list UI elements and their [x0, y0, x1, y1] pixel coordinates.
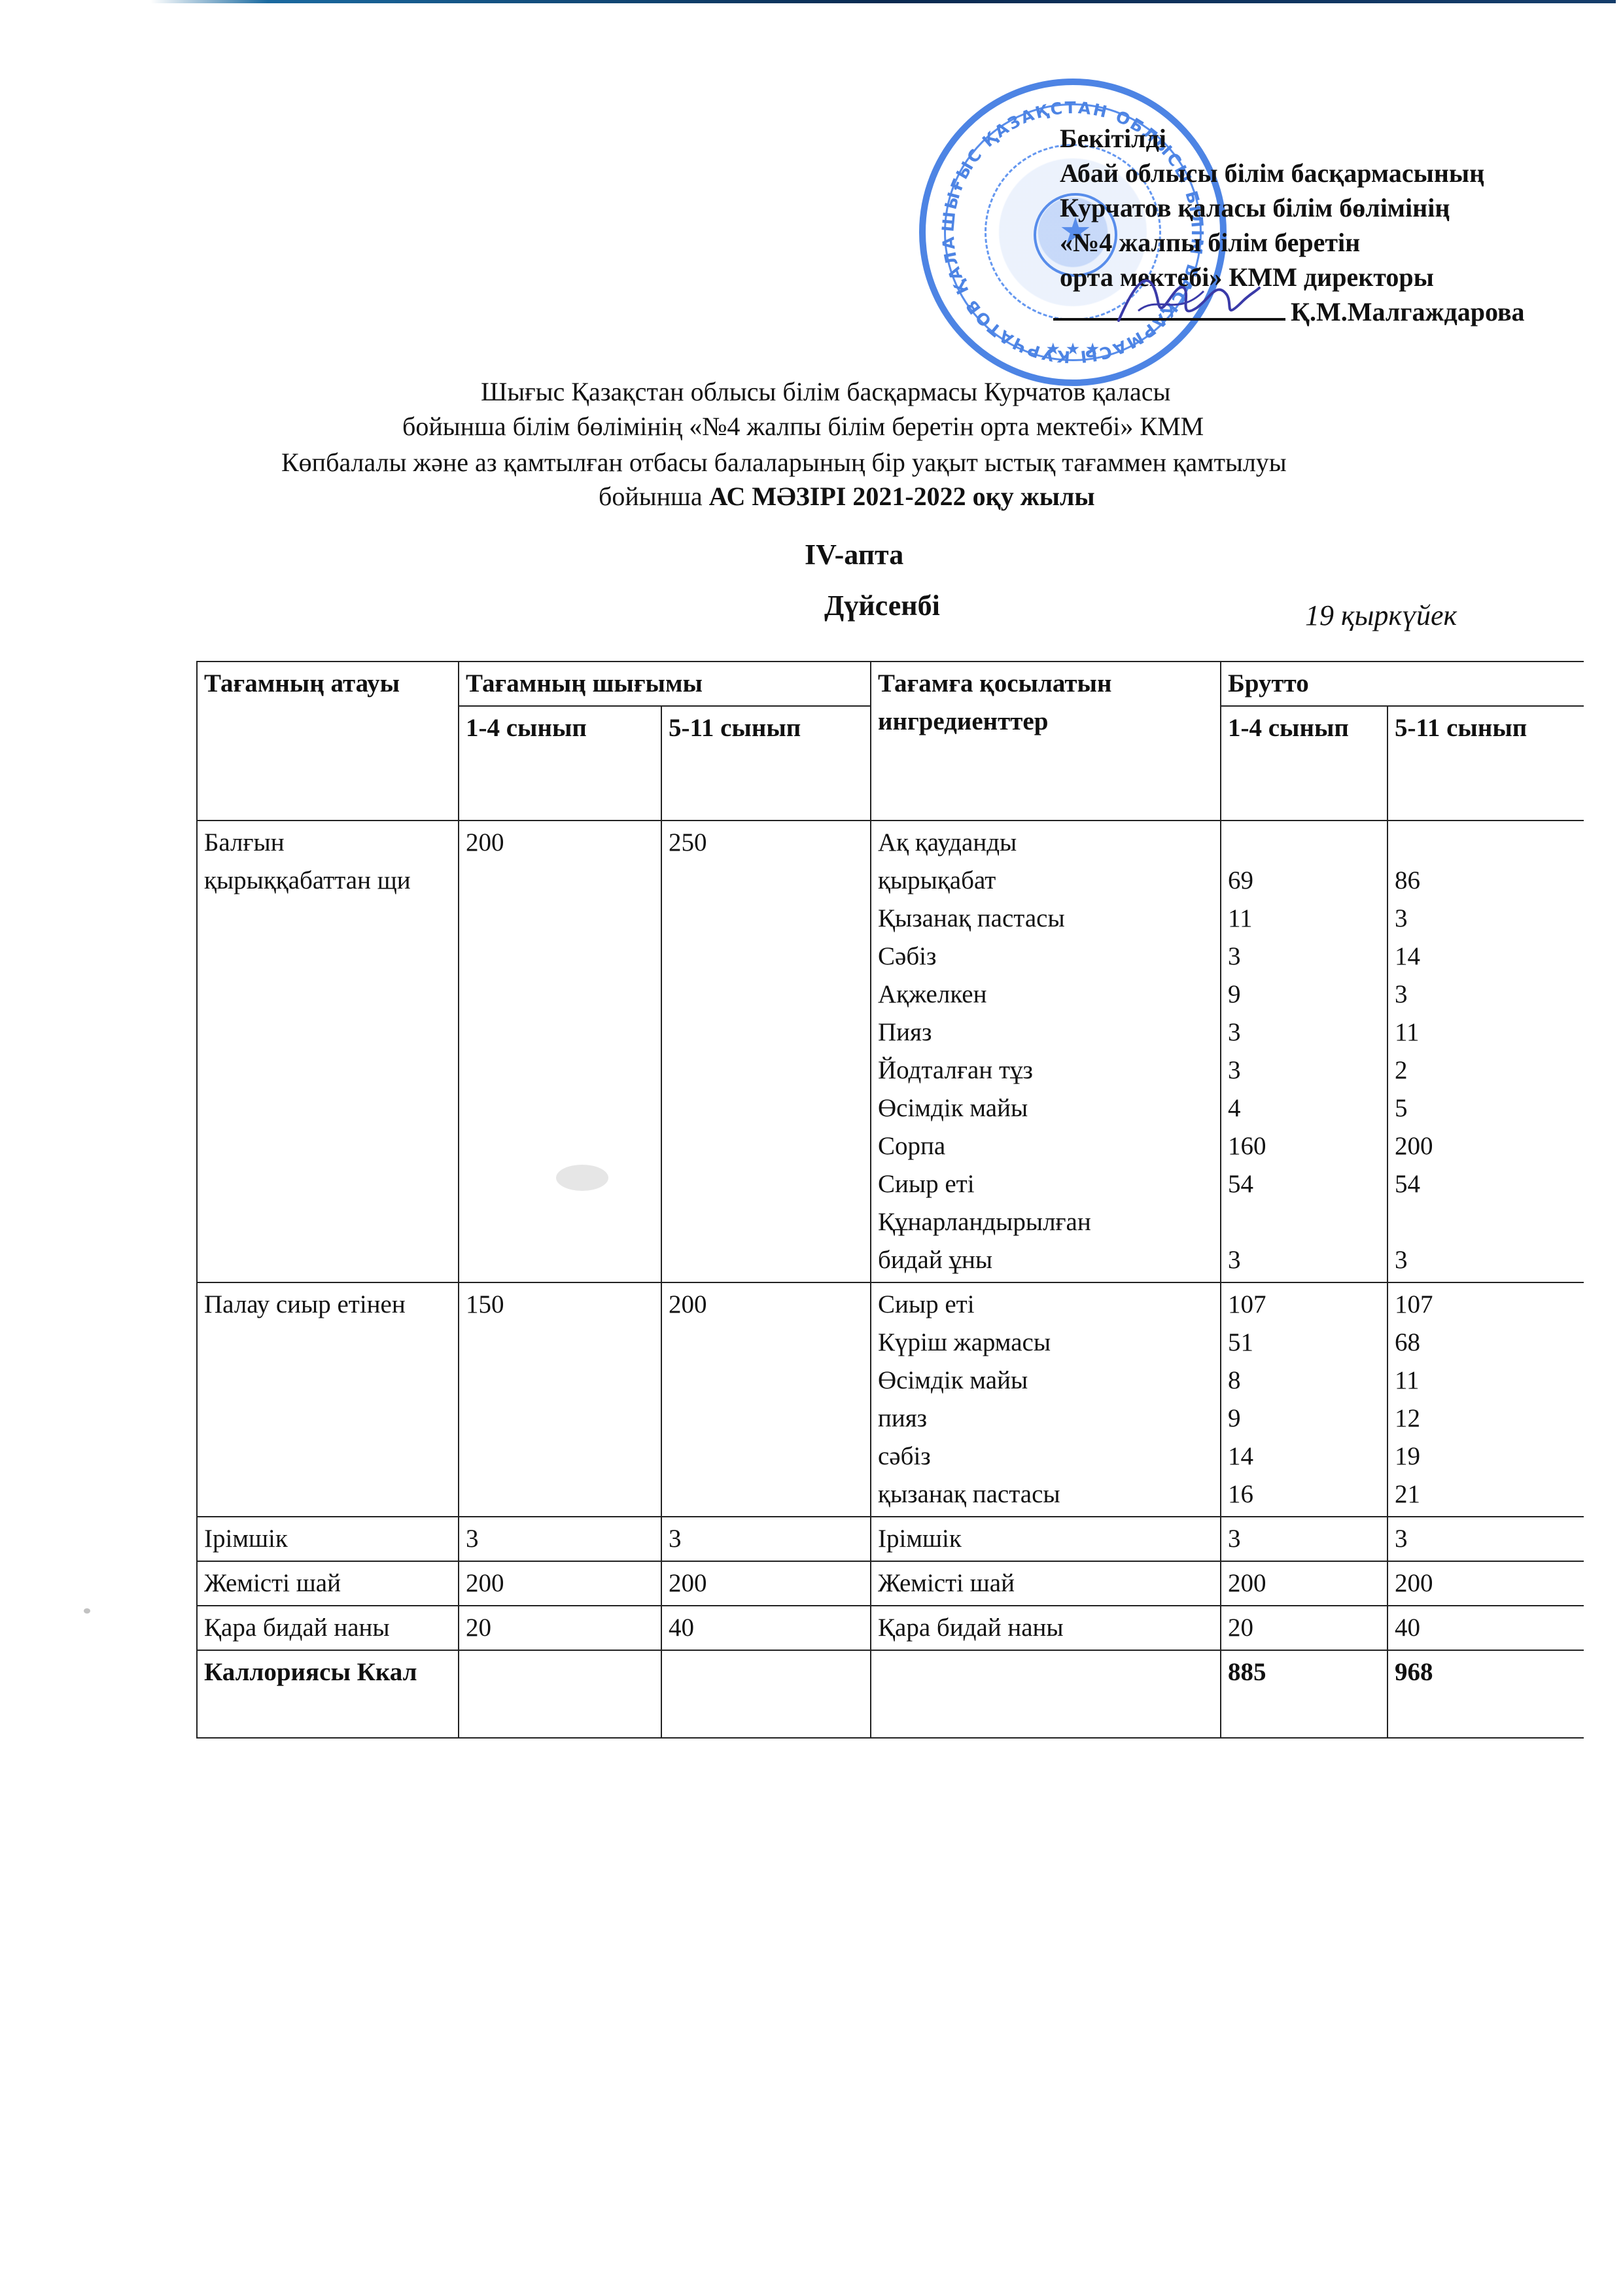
date-label: 19 қыркүйек — [1305, 599, 1457, 632]
header-line-2: бойынша білім бөлімінің «№4 жалпы білім … — [402, 411, 1204, 442]
yield-1-4-cell: 150 — [459, 1282, 661, 1517]
ingredient-brutto-1-4: 11 — [1228, 900, 1382, 938]
ingredient-brutto-1-4: 160 — [1228, 1127, 1382, 1165]
header-line-4: бойынша АС МӘЗІРІ 2021-2022 оқу жылы — [599, 481, 1095, 512]
ingredient-name: Құнарландырылған — [878, 1203, 1215, 1241]
ingredient-brutto-1-4 — [1228, 1203, 1382, 1241]
ingredient-brutto-1-4: 107 — [1228, 1286, 1382, 1324]
approval-line-2: Курчатов қаласы білім бөлімінің — [1060, 190, 1525, 225]
yield-5-11-cell: 250 — [661, 821, 871, 1282]
ingredient-brutto-1-4: 8 — [1228, 1362, 1382, 1400]
ingredient-name: Йодталған тұз — [878, 1051, 1215, 1089]
scan-smudge — [556, 1165, 608, 1191]
table-row: Жемісті шай200200Жемісті шай200200 — [197, 1561, 1584, 1606]
dish-name-cell: Ірімшік — [197, 1517, 459, 1561]
header-dish-name: Тағамның атауы — [197, 662, 459, 821]
yield-5-11-cell: 3 — [661, 1517, 871, 1561]
ingredient-brutto-1-4: 3 — [1228, 1051, 1382, 1089]
header-line-4-prefix: бойынша — [599, 482, 709, 511]
ingredient-name: Қара бидай наны — [878, 1609, 1215, 1647]
ingredient-brutto-1-4: 20 — [1228, 1609, 1382, 1647]
brutto-1-4-cell: 69113933416054 3 — [1221, 821, 1387, 1282]
brutto-5-11-cell: 3 — [1387, 1517, 1584, 1561]
signature-icon — [1112, 262, 1263, 334]
table-row: Ірімшік33Ірімшік33 — [197, 1517, 1584, 1561]
ingredient-brutto-1-4: 4 — [1228, 1089, 1382, 1127]
table-row: Палау сиыр етінен150200Сиыр етіКүріш жар… — [197, 1282, 1584, 1517]
menu-table: Тағамның атауы Тағамның шығымы Тағамға қ… — [196, 661, 1584, 1739]
brutto-1-4-cell: 200 — [1221, 1561, 1387, 1606]
ingredient-name: Өсімдік майы — [878, 1089, 1215, 1127]
brutto-5-11-cell: 863143112520054 3 — [1387, 821, 1584, 1282]
header-yield: Тағамның шығымы — [459, 662, 871, 706]
ingredient-brutto-1-4: 14 — [1228, 1438, 1382, 1475]
empty-cell — [871, 1650, 1221, 1738]
yield-5-11-cell: 200 — [661, 1282, 871, 1517]
ingredient-brutto-1-4: 69 — [1228, 862, 1382, 900]
scan-edge-artifact — [150, 0, 1616, 3]
ingredient-brutto-1-4: 3 — [1228, 938, 1382, 976]
ingredient-brutto-1-4: 51 — [1228, 1324, 1382, 1362]
brutto-1-4-cell: 10751891416 — [1221, 1282, 1387, 1517]
yield-5-11-cell: 40 — [661, 1606, 871, 1650]
scan-speck — [84, 1608, 90, 1614]
brutto-5-11-cell: 1076811121921 — [1387, 1282, 1584, 1517]
ingredient-name: Ақ қауданды — [878, 824, 1215, 862]
table-row: Қара бидай наны2040Қара бидай наны2040 — [197, 1606, 1584, 1650]
ingredient-brutto-5-11: 5 — [1395, 1089, 1579, 1127]
brutto-1-4-cell: 20 — [1221, 1606, 1387, 1650]
ingredient-brutto-5-11: 2 — [1395, 1051, 1579, 1089]
table-header-row: Тағамның атауы Тағамның шығымы Тағамға қ… — [197, 662, 1584, 706]
dish-name-cell: Қара бидай наны — [197, 1606, 459, 1650]
ingredients-cell: Жемісті шай — [871, 1561, 1221, 1606]
ingredient-brutto-1-4: 200 — [1228, 1564, 1382, 1602]
week-label: IV-апта — [805, 538, 903, 571]
ingredient-brutto-5-11: 3 — [1395, 1520, 1579, 1558]
ingredient-brutto-5-11: 11 — [1395, 1014, 1579, 1051]
brutto-5-11-cell: 40 — [1387, 1606, 1584, 1650]
total-calories-row: Каллориясы Ккал885968 — [197, 1650, 1584, 1738]
ingredient-brutto-5-11: 12 — [1395, 1400, 1579, 1438]
ingredient-name: Өсімдік майы — [878, 1362, 1215, 1400]
ingredient-brutto-5-11: 54 — [1395, 1165, 1579, 1203]
ingredient-brutto-5-11: 21 — [1395, 1475, 1579, 1513]
ingredient-brutto-1-4: 3 — [1228, 1014, 1382, 1051]
ingredients-cell: Қара бидай наны — [871, 1606, 1221, 1650]
ingredient-brutto-5-11: 40 — [1395, 1609, 1579, 1647]
yield-5-11-cell: 200 — [661, 1561, 871, 1606]
ingredient-brutto-1-4: 9 — [1228, 1400, 1382, 1438]
ingredient-brutto-5-11: 19 — [1395, 1438, 1579, 1475]
yield-1-4-cell: 200 — [459, 821, 661, 1282]
ingredient-name: қызанақ пастасы — [878, 1475, 1215, 1513]
yield-1-4-cell: 3 — [459, 1517, 661, 1561]
empty-cell — [459, 1650, 661, 1738]
ingredient-name: Ақжелкен — [878, 976, 1215, 1014]
dish-name-cell: Палау сиыр етінен — [197, 1282, 459, 1517]
dish-name-cell: Балғын қырыққабаттан щи — [197, 821, 459, 1282]
menu-body: Балғын қырыққабаттан щи200250Ақ қауданды… — [197, 821, 1584, 1738]
header-brutto: Брутто — [1221, 662, 1584, 706]
ingredient-brutto-5-11: 3 — [1395, 976, 1579, 1014]
brutto-1-4-cell: 3 — [1221, 1517, 1387, 1561]
ingredient-name: Сиыр еті — [878, 1165, 1215, 1203]
ingredients-cell: Ақ қаудандықырықабатҚызанақ пастасыСәбіз… — [871, 821, 1221, 1282]
ingredient-brutto-5-11 — [1395, 824, 1579, 862]
total-label: Каллориясы Ккал — [197, 1650, 459, 1738]
ingredient-brutto-5-11: 200 — [1395, 1564, 1579, 1602]
ingredient-brutto-5-11: 200 — [1395, 1127, 1579, 1165]
ingredient-brutto-5-11: 14 — [1395, 938, 1579, 976]
yield-1-4-cell: 200 — [459, 1561, 661, 1606]
ingredient-brutto-1-4: 54 — [1228, 1165, 1382, 1203]
header-ingredients: Тағамға қосылатын ингредиенттер — [871, 662, 1221, 821]
document-page: ШЫҒЫС ҚАЗАҚСТАН ОБЛЫСЫ БІЛІМ БАСҚАРМАСЫ … — [0, 0, 1623, 2296]
ingredient-name: Жемісті шай — [878, 1564, 1215, 1602]
total-brutto-5-11: 968 — [1387, 1650, 1584, 1738]
ingredients-cell: Ірімшік — [871, 1517, 1221, 1561]
menu-title: АС МӘЗІРІ 2021-2022 оқу жылы — [709, 482, 1095, 511]
header-brutto-1-4: 1-4 сынып — [1221, 706, 1387, 821]
dish-name-cell: Жемісті шай — [197, 1561, 459, 1606]
ingredient-brutto-5-11: 3 — [1395, 900, 1579, 938]
ingredient-name: қырықабат — [878, 862, 1215, 900]
approval-title: Бекітілді — [1060, 121, 1525, 156]
ingredient-name: Күріш жармасы — [878, 1324, 1215, 1362]
header-yield-5-11: 5-11 сынып — [661, 706, 871, 821]
ingredient-brutto-1-4 — [1228, 824, 1382, 862]
ingredient-name: Ірімшік — [878, 1520, 1215, 1558]
ingredient-brutto-5-11: 68 — [1395, 1324, 1579, 1362]
table-row: Балғын қырыққабаттан щи200250Ақ қауданды… — [197, 821, 1584, 1282]
ingredient-brutto-1-4: 9 — [1228, 976, 1382, 1014]
ingredient-name: пияз — [878, 1400, 1215, 1438]
day-label: Дүйсенбі — [824, 589, 940, 622]
header-line-3: Көпбалалы және аз қамтылған отбасы балал… — [281, 447, 1287, 478]
ingredient-brutto-5-11 — [1395, 1203, 1579, 1241]
yield-1-4-cell: 20 — [459, 1606, 661, 1650]
ingredient-brutto-1-4: 16 — [1228, 1475, 1382, 1513]
brutto-5-11-cell: 200 — [1387, 1561, 1584, 1606]
header-yield-1-4: 1-4 сынып — [459, 706, 661, 821]
approval-line-3: «№4 жалпы білім беретін — [1060, 225, 1525, 260]
ingredient-name: Қызанақ пастасы — [878, 900, 1215, 938]
ingredient-name: Сорпа — [878, 1127, 1215, 1165]
ingredient-name: сәбіз — [878, 1438, 1215, 1475]
ingredients-cell: Сиыр етіКүріш жармасыӨсімдік майыпиязсәб… — [871, 1282, 1221, 1517]
total-brutto-1-4: 885 — [1221, 1650, 1387, 1738]
ingredient-brutto-1-4: 3 — [1228, 1520, 1382, 1558]
ingredient-name: бидай ұны — [878, 1241, 1215, 1279]
signatory-name: Қ.М.Малгаждарова — [1291, 297, 1525, 327]
header-brutto-5-11: 5-11 сынып — [1387, 706, 1584, 821]
svg-text:★ ★ ★: ★ ★ ★ — [1046, 340, 1100, 359]
ingredient-brutto-5-11: 107 — [1395, 1286, 1579, 1324]
ingredient-name: Пияз — [878, 1014, 1215, 1051]
ingredient-brutto-5-11: 86 — [1395, 862, 1579, 900]
ingredient-name: Сәбіз — [878, 938, 1215, 976]
ingredient-brutto-5-11: 11 — [1395, 1362, 1579, 1400]
ingredient-name: Сиыр еті — [878, 1286, 1215, 1324]
ingredient-brutto-5-11: 3 — [1395, 1241, 1579, 1279]
header-line-1: Шығыс Қазақстан облысы білім басқармасы … — [481, 376, 1170, 407]
ingredient-brutto-1-4: 3 — [1228, 1241, 1382, 1279]
approval-line-1: Абай облысы білім басқармасының — [1060, 156, 1525, 190]
empty-cell — [661, 1650, 871, 1738]
